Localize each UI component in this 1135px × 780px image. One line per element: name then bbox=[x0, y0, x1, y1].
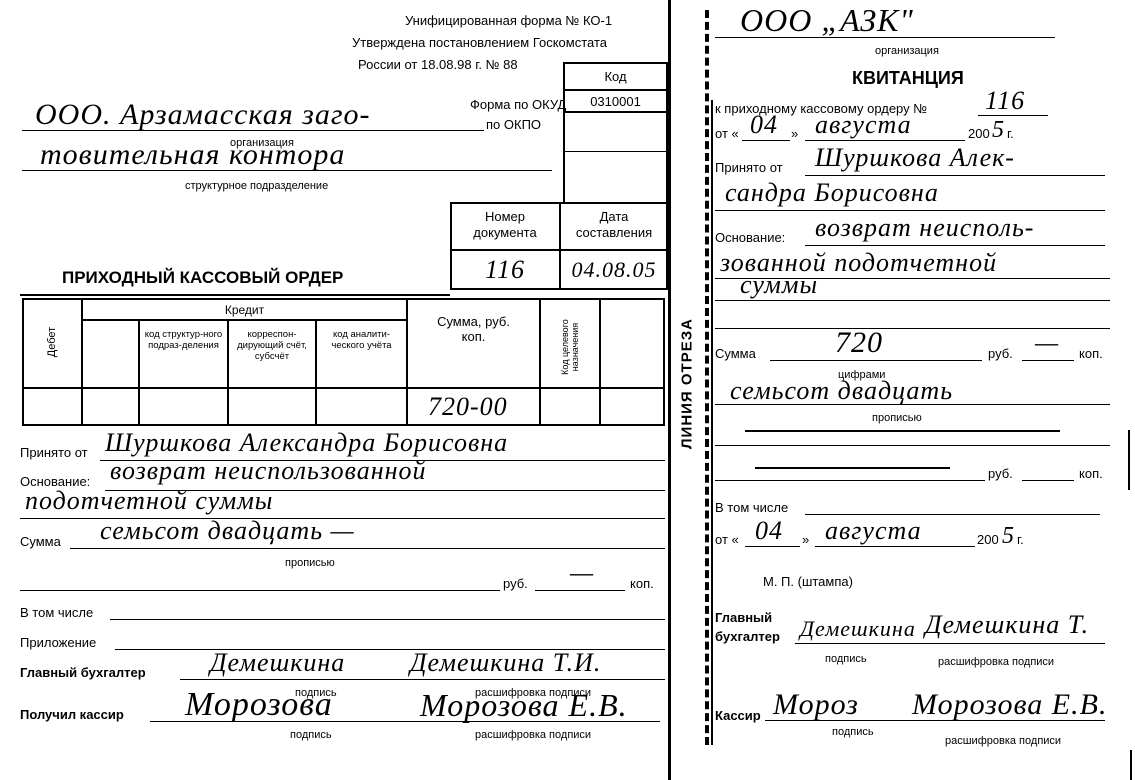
subdivision-caption: структурное подразделение bbox=[185, 180, 328, 192]
cashier-name: Морозова Е.В. bbox=[420, 690, 628, 720]
sum-words-value: семьсот двадцать — bbox=[100, 518, 355, 544]
date2-year-digit: 5 bbox=[1002, 521, 1015, 551]
receipt-cashier-name: Морозова Е.В. bbox=[912, 690, 1107, 720]
including-line bbox=[110, 619, 665, 620]
basis-value-2: подотчетной суммы bbox=[25, 488, 273, 514]
right-edge-mark-2 bbox=[1130, 750, 1132, 780]
stamp-label: М. П. (штампа) bbox=[763, 574, 853, 589]
receipt-in-words-caption: прописью bbox=[872, 412, 922, 424]
receipt-cashier-decode-caption: расшифровка подписи bbox=[945, 735, 1061, 747]
row-credit-blank bbox=[82, 388, 139, 426]
receipt-rub-label: руб. bbox=[988, 346, 1013, 361]
receipt-basis-value-3: суммы bbox=[740, 272, 818, 298]
receipt-basis-value-1: возврат неисполь- bbox=[815, 215, 1034, 241]
received-from-value: Шуршкова Александра Борисовна bbox=[105, 430, 508, 456]
credit-col-2-header: корреспон-дирующий счёт, субсчёт bbox=[228, 320, 316, 388]
receipt-kop-value: — bbox=[1035, 330, 1059, 356]
kop-value: — bbox=[570, 560, 594, 586]
attachment-label: Приложение bbox=[20, 635, 96, 650]
rub-label: руб. bbox=[503, 576, 528, 591]
row-sum: 720-00 bbox=[407, 388, 540, 426]
row-credit-3 bbox=[316, 388, 407, 426]
receipt-cashier-label: Кассир bbox=[715, 708, 761, 723]
organization-value-2: товительная контора bbox=[40, 140, 345, 170]
receipt-title: КВИТАНЦИЯ bbox=[852, 68, 964, 89]
receipt-organization-caption: организация bbox=[875, 45, 939, 57]
subdivision-line bbox=[22, 170, 552, 171]
cashier-signature-caption: подпись bbox=[290, 729, 332, 741]
including-label: В том числе bbox=[20, 605, 93, 620]
row-debit bbox=[22, 388, 82, 426]
doc-date-value: 04.08.05 bbox=[560, 250, 668, 290]
order-title: ПРИХОДНЫЙ КАССОВЫЙ ОРДЕР bbox=[62, 268, 343, 288]
receipt-chief-signature-caption: подпись bbox=[825, 653, 867, 665]
credit-header: Кредит bbox=[82, 298, 407, 320]
organization-line bbox=[22, 130, 484, 131]
receipt-line-2 bbox=[715, 445, 1110, 446]
receipt-left-border bbox=[711, 100, 713, 745]
receipt-rub-line-2 bbox=[715, 480, 985, 481]
receipt-received-line-1 bbox=[805, 175, 1105, 176]
okud-code: 0310001 bbox=[563, 90, 668, 112]
date-year-digit: 5 bbox=[992, 115, 1005, 145]
credit-col-1-header: код структур-ного подраз-деления bbox=[139, 320, 228, 388]
receipt-kop-line-2 bbox=[1022, 480, 1074, 481]
receipt-chief-decode-caption: расшифровка подписи bbox=[938, 656, 1054, 668]
row-credit-1 bbox=[139, 388, 228, 426]
receipt-basis-label: Основание: bbox=[715, 230, 785, 245]
doc-number-value: 116 bbox=[450, 250, 560, 290]
sum-label: Сумма bbox=[20, 534, 61, 549]
receipt-basis-line-3 bbox=[715, 300, 1110, 301]
receipt-received-from-value-1: Шуршкова Алек- bbox=[815, 145, 1015, 171]
row-blank bbox=[600, 388, 665, 426]
date-month: августа bbox=[815, 112, 912, 138]
date2-year-prefix: 200 bbox=[977, 532, 999, 547]
date2-day: 04 bbox=[755, 518, 783, 544]
receipt-strike-2 bbox=[755, 467, 950, 469]
credit-col-blank bbox=[82, 320, 139, 388]
receipt-organization-value: ООО „АЗК" bbox=[740, 5, 914, 35]
receipt-sum-digits-line bbox=[770, 360, 982, 361]
doc-number-header: Номер документа bbox=[450, 202, 560, 250]
title-underline bbox=[20, 294, 450, 296]
chief-accountant-name: Демешкина Т.И. bbox=[410, 650, 601, 676]
doc-date-header: Дата составления bbox=[560, 202, 668, 250]
date2-month: августа bbox=[825, 518, 922, 544]
receipt-chief-line bbox=[795, 643, 1105, 644]
receipt-rub-label-2: руб. bbox=[988, 466, 1013, 481]
date-day: 04 bbox=[750, 112, 778, 138]
receipt-received-line-2 bbox=[715, 210, 1105, 211]
receipt-strike-1 bbox=[745, 430, 1060, 432]
in-words-caption: прописью bbox=[285, 557, 335, 569]
date2-prefix: от « bbox=[715, 532, 739, 547]
receipt-kop-line bbox=[1022, 360, 1074, 361]
right-edge-mark bbox=[1128, 430, 1130, 490]
date-year-prefix: 200 bbox=[968, 126, 990, 141]
receipt-basis-line-1 bbox=[805, 245, 1105, 246]
received-from-label: Принято от bbox=[20, 445, 88, 460]
receipt-order-number: 116 bbox=[985, 88, 1025, 114]
receipt-chief-name: Демешкина Т. bbox=[925, 612, 1089, 638]
cashier-signature: Морозова bbox=[185, 690, 333, 720]
date-prefix: от « bbox=[715, 126, 739, 141]
blank-header bbox=[600, 298, 665, 388]
receipt-kop-label-2: коп. bbox=[1079, 466, 1103, 481]
cashier-label: Получил кассир bbox=[20, 707, 124, 722]
receipt-received-from-label: Принято от bbox=[715, 160, 783, 175]
kop-line bbox=[535, 590, 625, 591]
kop-label: коп. bbox=[630, 576, 654, 591]
date2-month-line bbox=[815, 546, 975, 547]
receipt-chief-signature: Демешкина bbox=[800, 614, 916, 644]
cut-line-dashes bbox=[705, 10, 709, 745]
date2-mid: » bbox=[802, 532, 809, 547]
receipt-sum-digits-value: 720 bbox=[835, 328, 883, 358]
receipt-sum-words-value: семьсот двадцать bbox=[730, 378, 953, 404]
form-line-1: Унифицированная форма № КО-1 bbox=[405, 13, 612, 28]
organization-value-1: ООО. Арзамасская заго- bbox=[35, 100, 371, 130]
cashier-decode-caption: расшифровка подписи bbox=[475, 729, 591, 741]
date-month-line bbox=[805, 140, 965, 141]
chief-accountant-line bbox=[180, 679, 665, 680]
chief-accountant-signature: Демешкина bbox=[210, 650, 345, 676]
chief-accountant-label: Главный бухгалтер bbox=[20, 665, 146, 680]
basis-value-1: возврат неиспользованной bbox=[110, 458, 427, 484]
receipt-sum-label: Сумма bbox=[715, 346, 756, 361]
receipt-including-label: В том числе bbox=[715, 500, 788, 515]
receipt-sum-words-line bbox=[715, 404, 1110, 405]
cashier-line bbox=[150, 721, 660, 722]
okud-label: Форма по ОКУД bbox=[470, 97, 566, 112]
receipt-kop-label: коп. bbox=[1079, 346, 1103, 361]
order-right-border bbox=[668, 0, 671, 780]
credit-col-3-header: код аналити-ческого учёта bbox=[316, 320, 407, 388]
form-line-3: России от 18.08.98 г. № 88 bbox=[358, 57, 518, 72]
purpose-label: Код целевого назначения bbox=[560, 297, 580, 397]
order-number-line bbox=[978, 115, 1048, 116]
okpo-code bbox=[563, 112, 668, 152]
receipt-chief-label-2: бухгалтер bbox=[715, 629, 780, 644]
sum-header: Сумма, руб. коп. bbox=[407, 298, 540, 388]
date-suffix: г. bbox=[1007, 126, 1014, 141]
receipt-cashier-signature: Мороз bbox=[773, 690, 859, 720]
code-header: Код bbox=[563, 62, 668, 90]
receipt-cashier-signature-caption: подпись bbox=[832, 726, 874, 738]
receipt-chief-label-1: Главный bbox=[715, 610, 772, 625]
debit-label: Дебет bbox=[46, 302, 58, 382]
okpo-label: по ОКПО bbox=[486, 117, 541, 132]
form-line-2: Утверждена постановлением Госкомстата bbox=[352, 35, 607, 50]
receipt-cashier-line bbox=[765, 720, 1105, 721]
row-credit-2 bbox=[228, 388, 316, 426]
receipt-received-from-value-2: сандра Борисовна bbox=[725, 180, 939, 206]
date2-suffix: г. bbox=[1017, 532, 1024, 547]
sum-line bbox=[70, 548, 665, 549]
receipt-including-line bbox=[805, 514, 1100, 515]
cut-line-label: ЛИНИЯ ОТРЕЗА bbox=[679, 309, 696, 459]
date-day-line bbox=[742, 140, 790, 141]
date2-day-line bbox=[745, 546, 800, 547]
row-purpose bbox=[540, 388, 600, 426]
sum-line-2 bbox=[20, 590, 500, 591]
receipt-organization-line bbox=[715, 37, 1055, 38]
date-mid: » bbox=[791, 126, 798, 141]
